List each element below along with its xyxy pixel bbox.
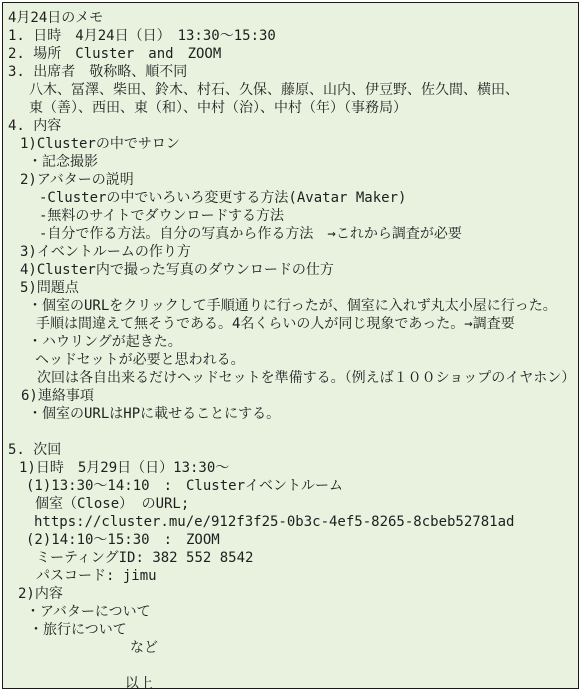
memo-line: 個室（Close） のURL; — [8, 495, 576, 513]
memo-document: 4月24日のメモ 1. 日時 4月24日（日） 13:30〜15:30 2. 場… — [2, 2, 579, 689]
memo-line-datetime: 1. 日時 4月24日（日） 13:30〜15:30 — [8, 27, 576, 45]
memo-line: ・記念撮影 — [8, 153, 576, 171]
memo-line: 3)イベントルームの作り方 — [8, 243, 576, 261]
memo-line-closing: 以上 — [8, 675, 576, 689]
memo-line-names-1: 八木、冨澤、柴田、鈴木、村石、久保、藤原、山内、伊豆野、佐久間、横田、 — [8, 81, 576, 99]
memo-line: ・アバターについて — [8, 603, 576, 621]
memo-blank-line — [8, 657, 576, 675]
memo-line: 次回は各自出来るだけヘッドセットを準備する。（例えば１００ショップのイヤホン） — [8, 369, 576, 387]
memo-line: ・個室のURLをクリックして手順通りに行ったが、個室に入れず丸太小屋に行った。 — [8, 297, 576, 315]
memo-line: -自分で作る方法。自分の写真から作る方法 →これから調査が必要 — [8, 225, 576, 243]
memo-line: ・旅行について — [8, 621, 576, 639]
memo-title-line: 4月24日のメモ — [8, 9, 576, 27]
memo-line-problems: 5)問題点 — [8, 279, 576, 297]
memo-line: ・ハウリングが起きた。 — [8, 333, 576, 351]
memo-line-next-time: 5. 次回 — [8, 441, 576, 459]
memo-line: ・個室のURLはHPに載せることにする。 — [8, 405, 576, 423]
memo-blank-line — [8, 423, 576, 441]
memo-line-place: 2. 場所 Cluster and ZOOM — [8, 45, 576, 63]
memo-line-etc: など — [8, 639, 576, 657]
memo-line: 2)内容 — [8, 585, 576, 603]
passcode-text: パスコード: jimu — [8, 567, 576, 585]
memo-line: 1)Clusterの中でサロン — [8, 135, 576, 153]
cluster-url-text: https://cluster.mu/e/912f3f25-0b3c-4ef5-… — [8, 513, 576, 531]
meeting-id-text: ミーティングID: 382 552 8542 — [8, 549, 576, 567]
memo-line: (1)13:30〜14:10 : Clusterイベントルーム — [8, 477, 576, 495]
memo-line-attendees: 3. 出席者 敬称略、順不同 — [8, 63, 576, 81]
memo-line: 4)Cluster内で撮った写真のダウンロードの仕方 — [8, 261, 576, 279]
memo-line-contents: 4. 内容 — [8, 117, 576, 135]
memo-line: ヘッドセットが必要と思われる。 — [8, 351, 576, 369]
memo-line-names-2: 東（善）、西田、東（和）、中村（治）、中村（年）（事務局） — [8, 99, 576, 117]
memo-line: -無料のサイトでダウンロードする方法 — [8, 207, 576, 225]
memo-line: 手順は間違えて無そうである。4名くらいの人が同じ現象であった。→調査要 — [8, 315, 576, 333]
memo-line: -Clusterの中でいろいろ変更する方法(Avatar Maker) — [8, 189, 576, 207]
memo-line-notices: 6)連絡事項 — [8, 387, 576, 405]
memo-line: 2)アバターの説明 — [8, 171, 576, 189]
memo-line: 1)日時 5月29日（日）13:30〜 — [8, 459, 576, 477]
memo-line: (2)14:10〜15:30 : ZOOM — [8, 531, 576, 549]
